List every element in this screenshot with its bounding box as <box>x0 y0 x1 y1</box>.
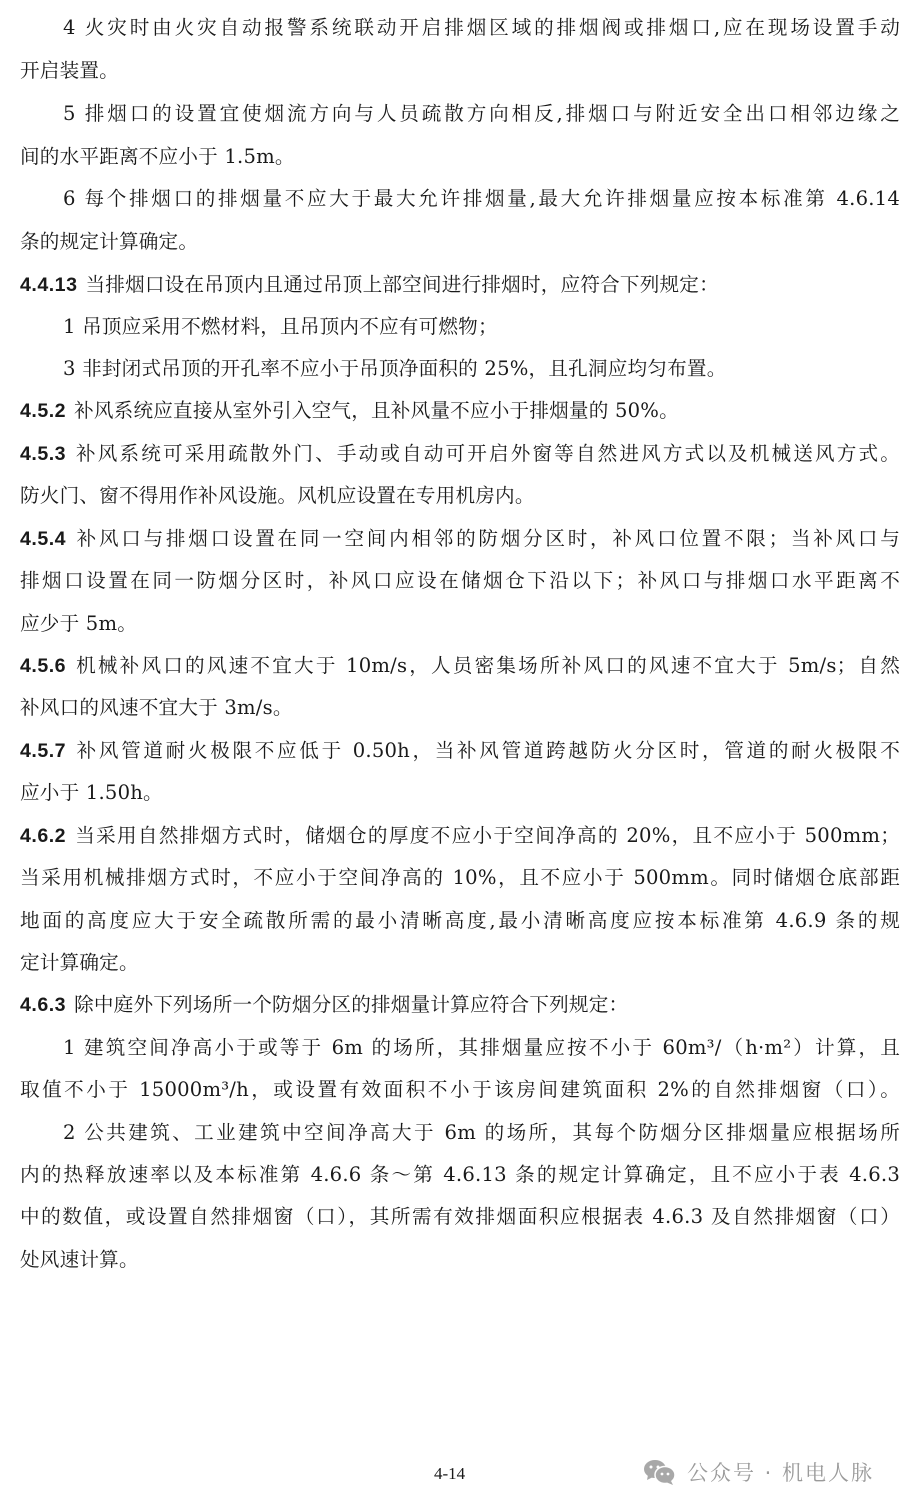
text-line: 应小于 1.50h。 <box>20 779 900 807</box>
text-line: 1 吊顶应采用不燃材料，且吊顶内不应有可燃物； <box>63 313 900 341</box>
line-text: 机械补风口的风速不宜大于 10m/s，人员密集场所补风口的风速不宜大于 5m/s… <box>74 654 900 677</box>
text-line: 开启装置。 <box>20 57 900 85</box>
line-text: 排烟口设置在同一防烟分区时，补风口应设在储烟仓下沿以下；补风口与排烟口水平距离不 <box>20 569 900 592</box>
text-line: 内的热释放速率以及本标准第 4.6.6 条～第 4.6.13 条的规定计算确定，… <box>20 1161 900 1189</box>
line-text: 应少于 5m。 <box>20 612 137 635</box>
line-text: 定计算确定。 <box>20 951 139 974</box>
clause-line: 4.6.2当采用自然排烟方式时，储烟仓的厚度不应小于空间净高的 20%，且不应小… <box>20 822 900 850</box>
clause-line: 4.6.3除中庭外下列场所一个防烟分区的排烟量计算应符合下列规定： <box>20 991 900 1019</box>
line-text: 应小于 1.50h。 <box>20 781 163 804</box>
clause-number: 4.4.13 <box>20 274 77 296</box>
line-text: 当采用自然排烟方式时，储烟仓的厚度不应小于空间净高的 20%，且不应小于 500… <box>74 824 900 847</box>
line-text: 取值不小于 15000m³/h，或设置有效面积不小于该房间建筑面积 2%的自然排… <box>20 1078 900 1101</box>
line-text: 1 吊顶应采用不燃材料，且吊顶内不应有可燃物； <box>63 315 498 338</box>
text-line: 间的水平距离不应小于 1.5m。 <box>20 143 900 171</box>
text-line: 地面的高度应大于安全疏散所需的最小清晰高度,最小清晰高度应按本标准第 4.6.9… <box>20 907 900 935</box>
text-line: 补风口的风速不宜大于 3m/s。 <box>20 694 900 722</box>
line-text: 处风速计算。 <box>20 1248 139 1271</box>
line-text: 地面的高度应大于安全疏散所需的最小清晰高度,最小清晰高度应按本标准第 4.6.9… <box>20 909 900 932</box>
text-line: 取值不小于 15000m³/h，或设置有效面积不小于该房间建筑面积 2%的自然排… <box>20 1076 900 1104</box>
text-line: 当采用机械排烟方式时，不应小于空间净高的 10%，且不应小于 500mm。同时储… <box>20 864 900 892</box>
line-text: 补风口的风速不宜大于 3m/s。 <box>20 696 293 719</box>
text-line: 排烟口设置在同一防烟分区时，补风口应设在储烟仓下沿以下；补风口与排烟口水平距离不 <box>20 567 900 595</box>
text-line: 4 火灾时由火灾自动报警系统联动开启排烟区域的排烟阀或排烟口,应在现场设置手动 <box>63 14 900 42</box>
line-text: 2 公共建筑、工业建筑中空间净高大于 6m 的场所，其每个防烟分区排烟量应根据场… <box>63 1121 900 1144</box>
line-text: 3 非封闭式吊顶的开孔率不应小于吊顶净面积的 25%，且孔洞应均匀布置。 <box>63 357 726 380</box>
line-text: 补风系统可采用疏散外门、手动或自动可开启外窗等自然进风方式以及机械送风方式。 <box>74 442 900 465</box>
line-text: 当排烟口设在吊顶内且通过吊顶上部空间进行排烟时，应符合下列规定： <box>85 273 718 296</box>
clause-number: 4.5.3 <box>20 443 66 465</box>
text-line: 中的数值，或设置自然排烟窗（口），其所需有效排烟面积应根据表 4.6.3 及自然… <box>20 1203 900 1231</box>
text-line: 6 每个排烟口的排烟量不应大于最大允许排烟量,最大允许排烟量应按本标准第 4.6… <box>63 185 900 213</box>
line-text: 内的热释放速率以及本标准第 4.6.6 条～第 4.6.13 条的规定计算确定，… <box>20 1163 900 1186</box>
line-text: 补风管道耐火极限不应低于 0.50h，当补风管道跨越防火分区时，管道的耐火极限不 <box>74 739 900 762</box>
clause-line: 4.5.4补风口与排烟口设置在同一空间内相邻的防烟分区时，补风口位置不限；当补风… <box>20 525 900 553</box>
watermark-text: 公众号 · 机电人脉 <box>687 1457 874 1487</box>
line-text: 条的规定计算确定。 <box>20 230 198 253</box>
clause-number: 4.5.6 <box>20 655 66 677</box>
clause-number: 4.5.4 <box>20 528 66 550</box>
text-line: 5 排烟口的设置宜使烟流方向与人员疏散方向相反,排烟口与附近安全出口相邻边缘之 <box>63 100 900 128</box>
line-text: 中的数值，或设置自然排烟窗（口），其所需有效排烟面积应根据表 4.6.3 及自然… <box>20 1205 900 1228</box>
watermark: 公众号 · 机电人脉 <box>643 1456 874 1488</box>
document-page: 4 火灾时由火灾自动报警系统联动开启排烟区域的排烟阀或排烟口,应在现场设置手动开… <box>0 0 921 1507</box>
text-line: 条的规定计算确定。 <box>20 228 900 256</box>
clause-number: 4.6.3 <box>20 994 66 1016</box>
line-text: 5 排烟口的设置宜使烟流方向与人员疏散方向相反,排烟口与附近安全出口相邻边缘之 <box>63 102 900 125</box>
page-number: 4-14 <box>434 1464 465 1484</box>
clause-line: 4.5.3补风系统可采用疏散外门、手动或自动可开启外窗等自然进风方式以及机械送风… <box>20 440 900 468</box>
line-text: 4 火灾时由火灾自动报警系统联动开启排烟区域的排烟阀或排烟口,应在现场设置手动 <box>63 16 900 39</box>
text-line: 3 非封闭式吊顶的开孔率不应小于吊顶净面积的 25%，且孔洞应均匀布置。 <box>63 355 900 383</box>
clause-number: 4.6.2 <box>20 825 66 847</box>
line-text: 补风系统应直接从室外引入空气，且补风量不应小于排烟量的 50%。 <box>74 399 679 422</box>
text-line: 处风速计算。 <box>20 1246 900 1274</box>
wechat-icon <box>643 1458 677 1486</box>
clause-number: 4.5.7 <box>20 740 66 762</box>
line-text: 除中庭外下列场所一个防烟分区的排烟量计算应符合下列规定： <box>74 993 628 1016</box>
line-text: 6 每个排烟口的排烟量不应大于最大允许排烟量,最大允许排烟量应按本标准第 4.6… <box>63 187 900 210</box>
line-text: 当采用机械排烟方式时，不应小于空间净高的 10%，且不应小于 500mm。同时储… <box>20 866 900 889</box>
text-line: 1 建筑空间净高小于或等于 6m 的场所，其排烟量应按不小于 60m³/（h·m… <box>63 1034 900 1062</box>
text-line: 防火门、窗不得用作补风设施。风机应设置在专用机房内。 <box>20 482 900 510</box>
line-text: 间的水平距离不应小于 1.5m。 <box>20 145 295 168</box>
clause-line: 4.5.6机械补风口的风速不宜大于 10m/s，人员密集场所补风口的风速不宜大于… <box>20 652 900 680</box>
line-text: 开启装置。 <box>20 59 119 82</box>
clause-number: 4.5.2 <box>20 400 66 422</box>
line-text: 1 建筑空间净高小于或等于 6m 的场所，其排烟量应按不小于 60m³/（h·m… <box>63 1036 900 1059</box>
clause-line: 4.5.7补风管道耐火极限不应低于 0.50h，当补风管道跨越防火分区时，管道的… <box>20 737 900 765</box>
line-text: 补风口与排烟口设置在同一空间内相邻的防烟分区时，补风口位置不限；当补风口与 <box>74 527 900 550</box>
clause-line: 4.5.2补风系统应直接从室外引入空气，且补风量不应小于排烟量的 50%。 <box>20 397 900 425</box>
clause-line: 4.4.13当排烟口设在吊顶内且通过吊顶上部空间进行排烟时，应符合下列规定： <box>20 271 900 299</box>
text-line: 应少于 5m。 <box>20 610 900 638</box>
text-line: 2 公共建筑、工业建筑中空间净高大于 6m 的场所，其每个防烟分区排烟量应根据场… <box>63 1119 900 1147</box>
line-text: 防火门、窗不得用作补风设施。风机应设置在专用机房内。 <box>20 484 535 507</box>
text-line: 定计算确定。 <box>20 949 900 977</box>
